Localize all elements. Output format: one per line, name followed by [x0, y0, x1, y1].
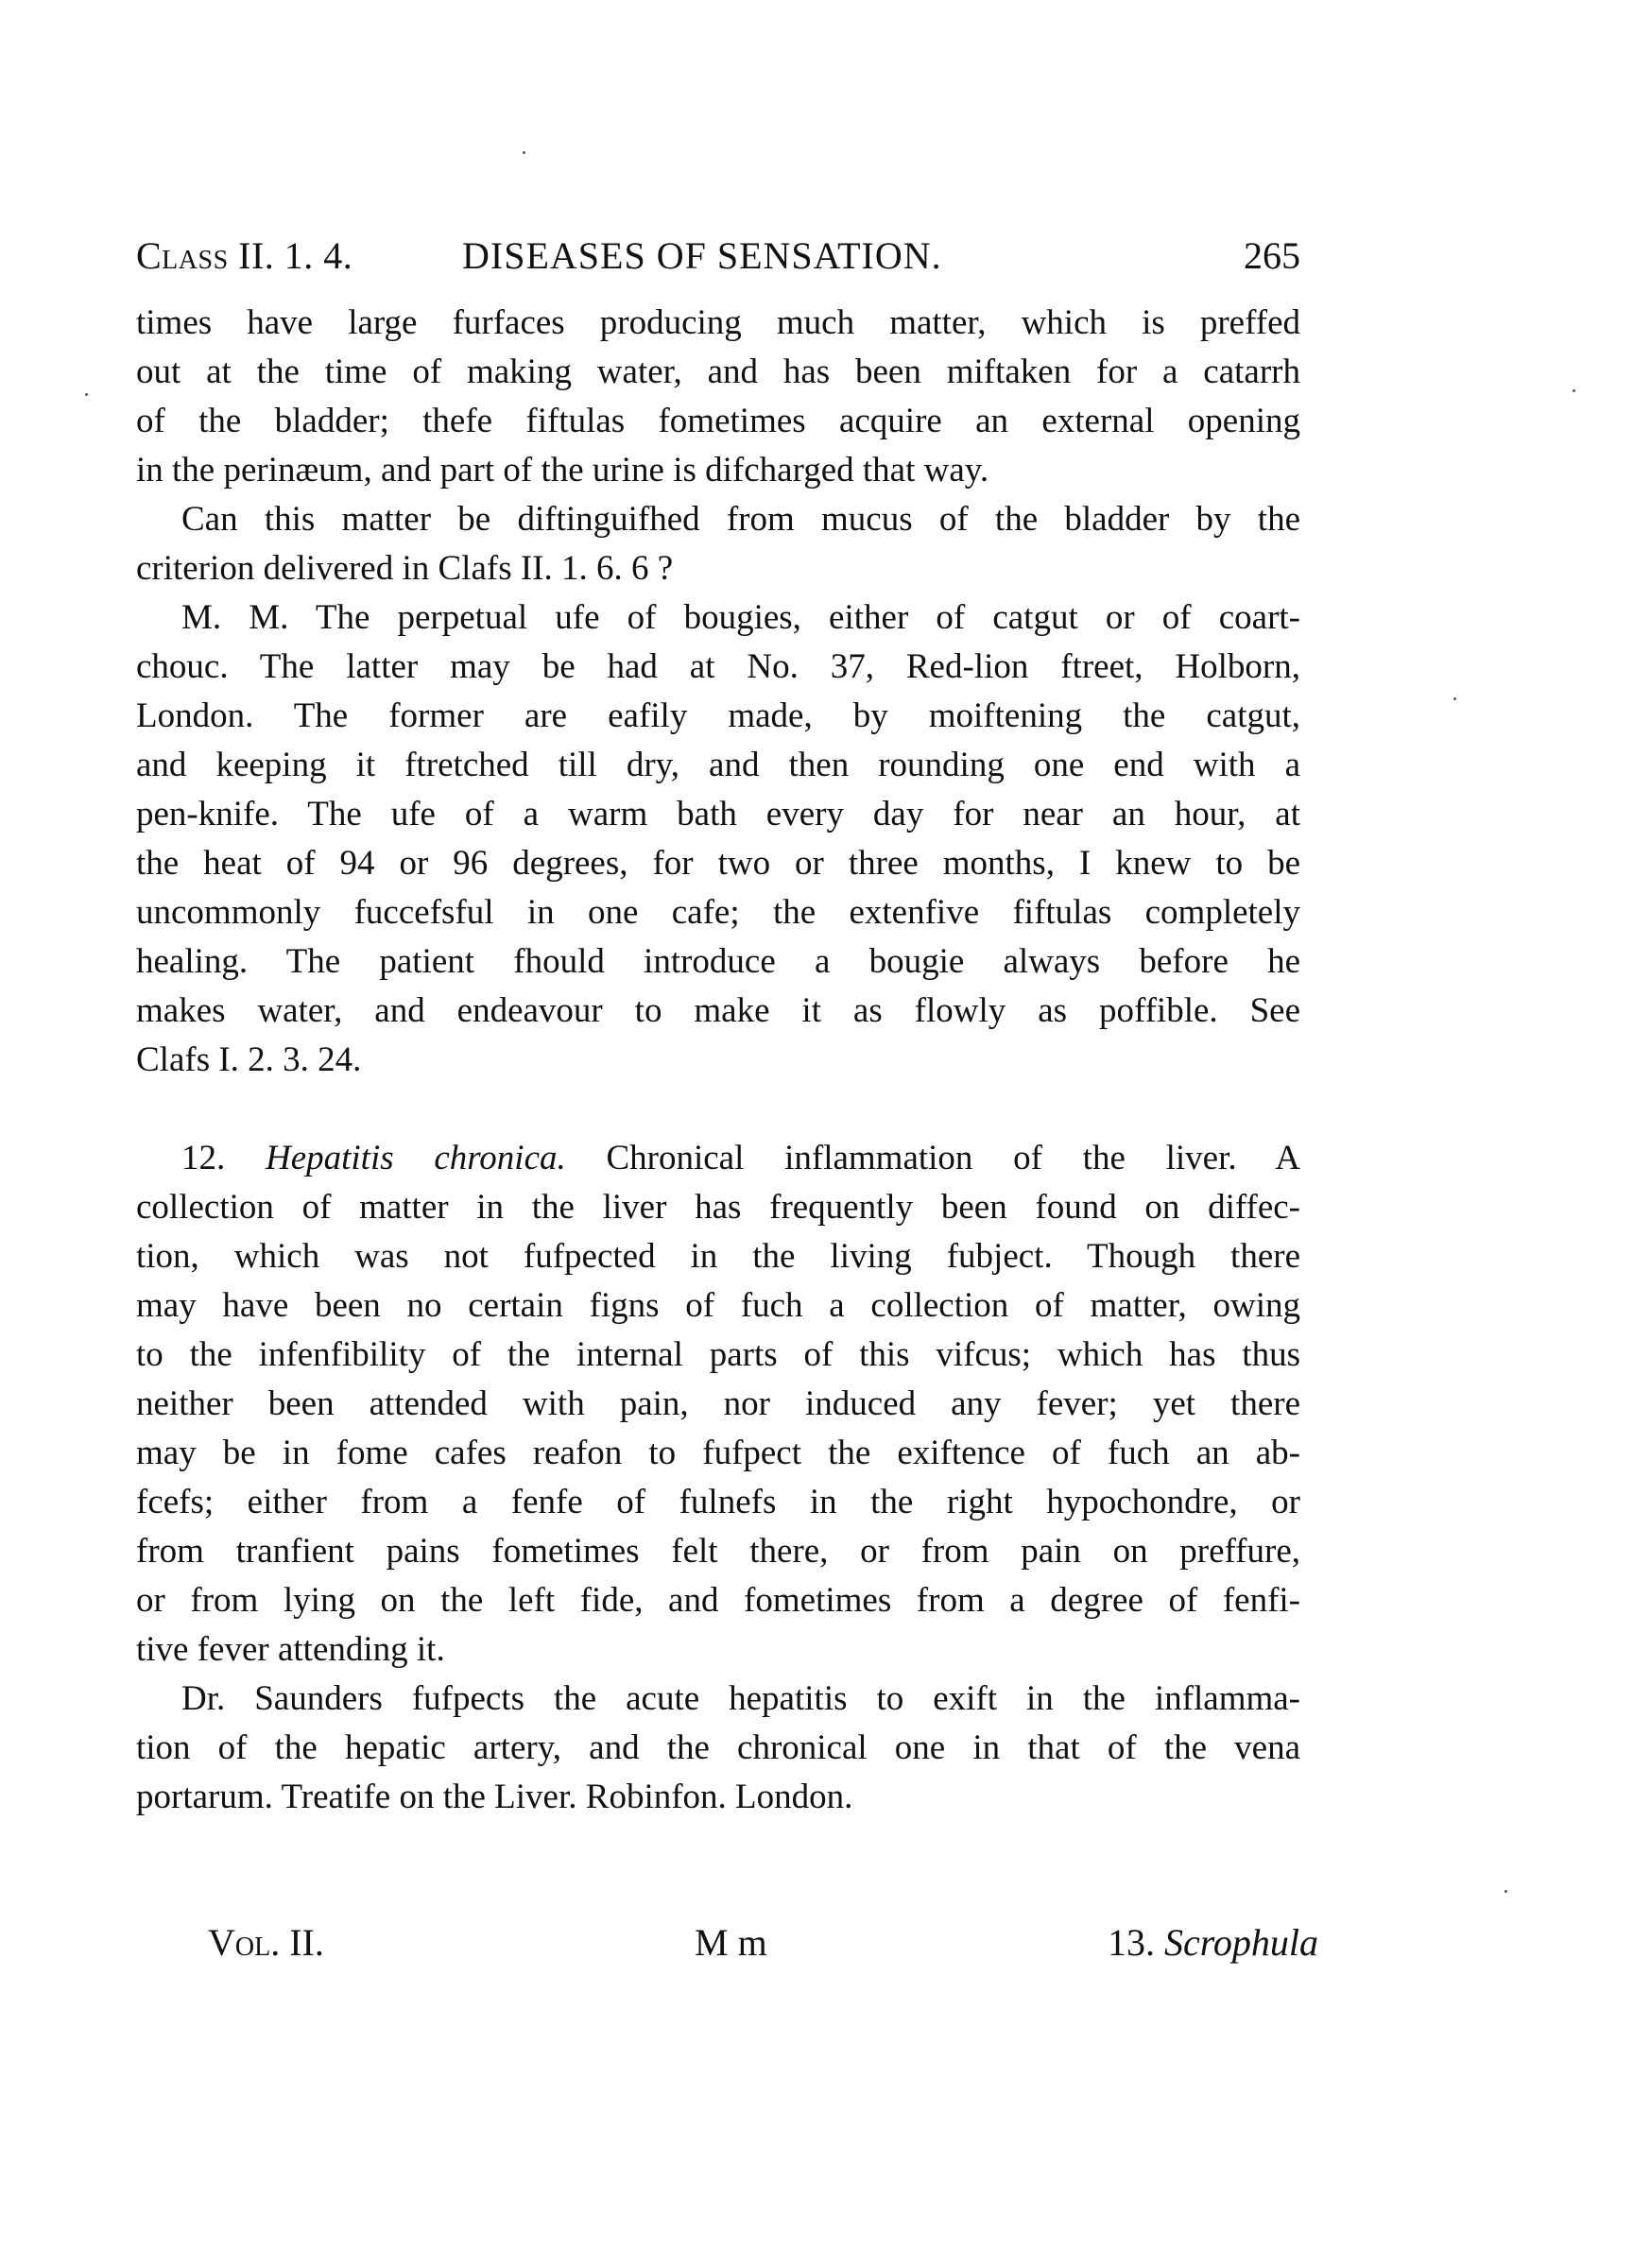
text-line: healing. The patient fhould introduce a … [136, 937, 1300, 987]
text-line: uncommonly fuccefsful in one cafe; the e… [136, 888, 1300, 937]
print-speck [85, 393, 88, 396]
signature-mark: M m [695, 1915, 767, 1971]
text-line: may have been no certain figns of fuch a… [136, 1281, 1300, 1331]
text-line: may be in fome cafes reafon to fufpect t… [136, 1429, 1300, 1478]
page-footer: Vol. II. M m 13. Scrophula [208, 1915, 1318, 1971]
paragraph-mm: M. M. The perpetual ufe of bougies, eith… [136, 593, 1300, 1085]
text-line: criterion delivered in Clafs II. 1. 6. 6… [136, 544, 1300, 593]
text-line: makes water, and endeavour to make it as… [136, 987, 1300, 1036]
text-line: portarum. Treatife on the Liver. Robinfo… [136, 1773, 1300, 1822]
volume-label: Vol. II. [208, 1915, 324, 1971]
text-line: pen-knife. The ufe of a warm bath every … [136, 790, 1300, 839]
section-heading-line: 12. Hepatitis chronica. Chronical inflam… [136, 1134, 1300, 1183]
text-line: neither been attended with pain, nor ind… [136, 1380, 1300, 1429]
text-line: fcefs; either from a fenfe of fulnefs in… [136, 1478, 1300, 1527]
catchword-term: Scrophula [1164, 1921, 1318, 1964]
paragraph-1: times have large furfaces producing much… [136, 299, 1300, 495]
text-line: chouc. The latter may be had at No. 37, … [136, 643, 1300, 692]
chapter-title: DISEASES OF SENSATION. [462, 232, 942, 280]
running-header: Class II. 1. 4. DISEASES OF SENSATION. 2… [136, 232, 1300, 280]
text-line: Can this matter be diftinguifhed from mu… [136, 495, 1300, 544]
text-line: tive fever attending it. [136, 1625, 1300, 1675]
print-speck [1504, 1890, 1507, 1893]
heading-text: Chronical inflammation of the liver. A [606, 1139, 1300, 1177]
text-line: the heat of 94 or 96 degrees, for two or… [136, 839, 1300, 888]
text-line: M. M. The perpetual ufe of bougies, eith… [136, 593, 1300, 643]
text-line: collection of matter in the liver has fr… [136, 1183, 1300, 1232]
text-line: and keeping it ftretched till dry, and t… [136, 741, 1300, 790]
text-line: Clafs I. 2. 3. 24. [136, 1036, 1300, 1085]
text-line: tion, which was not fufpected in the liv… [136, 1232, 1300, 1281]
catchword: 13. Scrophula [1108, 1915, 1318, 1971]
section-number: 12. [181, 1139, 225, 1177]
disease-term: Hepatitis chronica. [266, 1139, 566, 1177]
class-reference: Class II. 1. 4. [136, 232, 352, 280]
print-speck [523, 151, 525, 154]
paragraph-hepatitis: 12. Hepatitis chronica. Chronical inflam… [136, 1134, 1300, 1675]
text-line: to the infenfibility of the internal par… [136, 1331, 1300, 1380]
text-line: in the perinæum, and part of the urine i… [136, 446, 1300, 495]
text-line: or from lying on the left fide, and fome… [136, 1576, 1300, 1625]
catchword-number: 13. [1108, 1921, 1155, 1964]
text-line: of the bladder; thefe fiftulas fometimes… [136, 397, 1300, 446]
paragraph-saunders: Dr. Saunders fufpects the acute hepatiti… [136, 1675, 1300, 1822]
book-page: Class II. 1. 4. DISEASES OF SENSATION. 2… [0, 0, 1633, 2268]
page-body: times have large furfaces producing much… [136, 299, 1300, 1822]
print-speck [1573, 389, 1575, 392]
text-line: from tranfient pains fometimes felt ther… [136, 1527, 1300, 1576]
print-speck [1453, 697, 1456, 700]
paragraph-2: Can this matter be diftinguifhed from mu… [136, 495, 1300, 593]
text-line: times have large furfaces producing much… [136, 299, 1300, 348]
text-line: tion of the hepatic artery, and the chro… [136, 1724, 1300, 1773]
page-number: 265 [1244, 232, 1300, 280]
text-line: Dr. Saunders fufpects the acute hepatiti… [136, 1675, 1300, 1724]
section-gap [136, 1085, 1300, 1134]
text-line: London. The former are eafily made, by m… [136, 692, 1300, 741]
text-line: out at the time of making water, and has… [136, 348, 1300, 397]
